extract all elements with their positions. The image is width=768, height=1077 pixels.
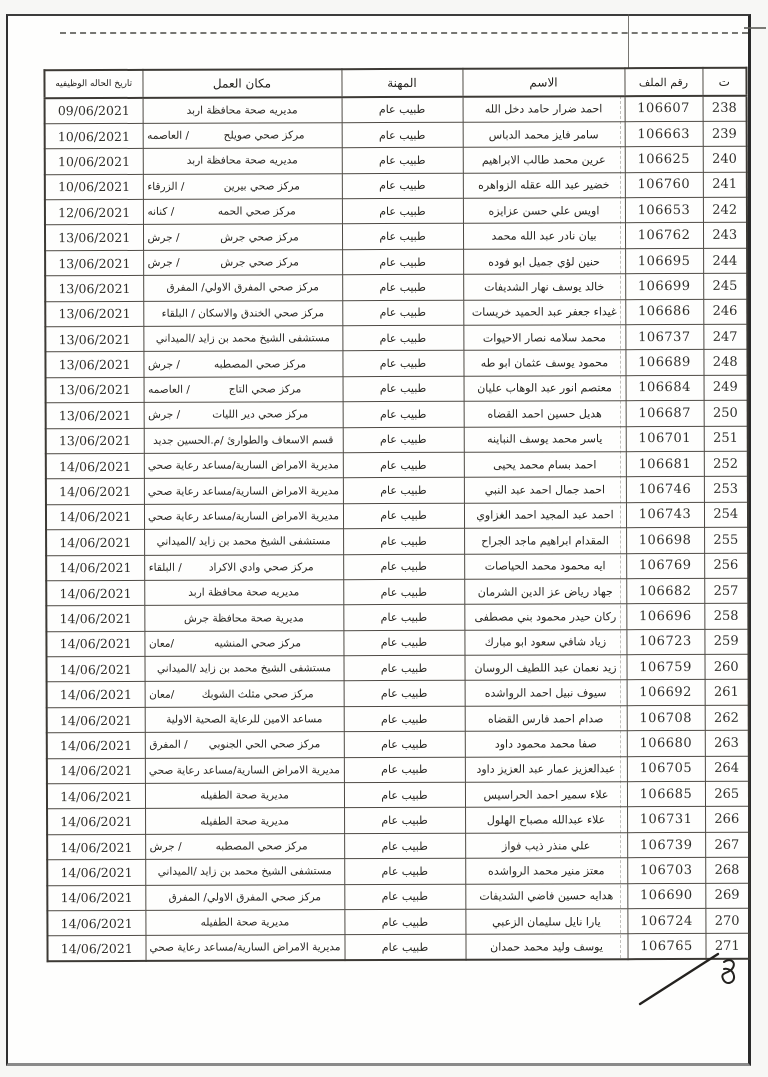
cell-name: صدام احمد فارس القضاه	[465, 706, 627, 732]
cell-workplace: مديرية صحة محافظة جرش	[144, 605, 343, 631]
cell-profession: طبيب عام	[343, 655, 464, 681]
cell-index: 252	[704, 451, 748, 477]
cell-status-date: 14/06/2021	[47, 860, 145, 886]
cell-status-date: 14/06/2021	[46, 555, 144, 581]
cell-profession: طبيب عام	[343, 452, 464, 478]
cell-status-date: 09/06/2021	[45, 98, 143, 124]
table-row: 253106746احمد جمال احمد عبد النبيطبيب عا…	[46, 477, 748, 505]
cell-profession: طبيب عام	[344, 732, 465, 758]
cell-workplace: مركز صحي دير الليات/ جرش	[144, 402, 343, 428]
cell-file-number: 106703	[627, 858, 705, 884]
cell-file-number: 106692	[627, 680, 705, 706]
workplace-main: مركز صحي المفرق الاولي/ المفرق	[148, 891, 342, 904]
workplace-main: مركز صحي دير الليات	[180, 409, 340, 422]
cell-status-date: 14/06/2021	[46, 631, 144, 657]
cell-workplace: مديرية الامراض السارية/مساعد رعاية صحي	[144, 478, 343, 504]
cell-index: 244	[703, 248, 747, 274]
cell-file-number: 106769	[626, 553, 704, 579]
cell-index: 259	[704, 629, 748, 655]
cell-profession: طبيب عام	[343, 528, 464, 554]
table-row: 241106760خضير عبد الله عقله الزواهرهطبيب…	[45, 172, 747, 200]
cell-workplace: مديرية الامراض السارية/مساعد رعاية صحي	[145, 935, 344, 961]
workplace-main: مديرية صحة الطفيله	[147, 789, 341, 802]
cell-status-date: 13/06/2021	[45, 326, 143, 352]
cell-workplace: مستشفى الشيخ محمد بن زايد /الميداني	[144, 529, 343, 555]
cell-index: 263	[705, 731, 749, 757]
workplace-governorate: / جرش	[148, 841, 182, 853]
cell-index: 248	[703, 350, 747, 376]
table-row: 239106663سامر فايز محمد الدباسطبيب عاممر…	[45, 121, 747, 149]
scanned-document-page: { "document": { "kind": "scanned-roster-…	[0, 0, 768, 1077]
cell-name: حنين لؤي جميل ابو فوده	[463, 249, 625, 275]
cell-profession: طبيب عام	[344, 909, 465, 935]
cell-profession: طبيب عام	[344, 782, 465, 808]
table-row: 261106692سيوف نبيل احمد الرواشدهطبيب عام…	[47, 680, 749, 708]
workplace-governorate: / العاصمه	[145, 130, 189, 142]
cell-workplace: مركز صحي صويلح/ العاصمه	[143, 123, 342, 149]
cell-workplace: مركز صحي جرش/ جرش	[143, 224, 342, 250]
table-row: 268106703معتز منير محمد الرواشدهطبيب عام…	[47, 857, 749, 885]
workplace-main: مركز صحي الحمه	[174, 205, 339, 218]
cell-name: يوسف وليد محمد حمدان	[465, 934, 627, 960]
cell-index: 249	[704, 375, 748, 401]
cell-file-number: 106684	[626, 375, 704, 401]
workplace-main: مركز صحي المصطبه	[182, 840, 342, 853]
cell-status-date: 14/06/2021	[46, 606, 144, 632]
cell-status-date: 13/06/2021	[45, 225, 143, 251]
cell-name: احمد بسام محمد يحيى	[464, 452, 626, 478]
workplace-main: مستشفى الشيخ محمد بن زايد /الميداني	[147, 536, 341, 549]
workplace-main: مديرية الامراض السارية/مساعد رعاية صحي	[148, 942, 342, 955]
workplace-governorate: / البلقاء	[147, 561, 182, 573]
cell-index: 238	[703, 96, 747, 122]
cell-name: غيداء جعفر عبد الحميد خريسات	[463, 299, 625, 325]
cell-name: احمد جمال احمد عبد النبي	[464, 477, 626, 503]
cell-profession: طبيب عام	[342, 325, 463, 351]
cell-file-number: 106746	[626, 477, 704, 503]
cell-status-date: 14/06/2021	[47, 834, 145, 860]
cell-profession: طبيب عام	[342, 275, 463, 301]
cell-name: محمد سلامه نصار الاحيوات	[463, 325, 625, 351]
workplace-main: مركز صحي المفرق الاولي/ المفرق	[146, 282, 340, 295]
cell-status-date: 14/06/2021	[46, 656, 144, 682]
cell-status-date: 13/06/2021	[46, 377, 144, 403]
workplace-main: مركز صحي وادي الاكراد	[182, 561, 341, 574]
cell-index: 258	[704, 604, 748, 630]
cell-status-date: 13/06/2021	[45, 250, 143, 276]
cell-index: 240	[703, 147, 747, 173]
workplace-main: مديرية الامراض السارية/مساعد رعاية صحي	[146, 485, 340, 498]
cell-workplace: مركز صحي المفرق الاولي/ المفرق	[145, 884, 344, 910]
cell-profession: طبيب عام	[342, 148, 463, 174]
table-row: 269106690هدايه حسين فاضي الشديفاتطبيب عا…	[47, 883, 749, 911]
cell-workplace: مستشفى الشيخ محمد بن زايد /الميداني	[143, 326, 342, 352]
table-row: 243106762بيان نادر عبد الله محمدطبيب عام…	[45, 223, 747, 251]
cell-workplace: مساعد الامين للرعاية الصحية الاولية	[145, 707, 344, 733]
table-row: 256106769ايه محمود محمد الحياصاتطبيب عام…	[46, 553, 748, 581]
cell-index: 261	[705, 680, 749, 706]
table-row: 264106705عبدالعزيز عمار عبد العزيز داودط…	[47, 756, 749, 784]
cell-index: 262	[705, 705, 749, 731]
cell-status-date: 12/06/2021	[45, 199, 143, 225]
header-row: ت رقم الملف الاسم المهنة مكان العمل تاري…	[44, 68, 746, 98]
cell-name: ياسر محمد يوسف النباينه	[464, 426, 626, 452]
table-row: 238106607احمد ضرار حامد دخل اللهطبيب عام…	[45, 96, 747, 124]
cell-profession: طبيب عام	[343, 579, 464, 605]
cell-file-number: 106698	[626, 528, 704, 554]
cell-file-number: 106743	[626, 502, 704, 528]
cell-file-number: 106737	[625, 324, 703, 350]
workplace-main: مركز صحي الحي الجنوبي	[188, 739, 342, 752]
workplace-main: مستشفى الشيخ محمد بن زايد /الميداني	[146, 332, 340, 345]
cell-file-number: 106686	[625, 299, 703, 325]
cell-profession: طبيب عام	[342, 198, 463, 224]
table-row: 262106708صدام احمد فارس القضاهطبيب عاممس…	[47, 705, 749, 733]
header-profession: المهنة	[341, 69, 462, 97]
cell-name: اويس علي حسن عزايزه	[463, 198, 625, 224]
table-row: 247106737محمد سلامه نصار الاحيواتطبيب عا…	[45, 324, 747, 352]
workplace-governorate: / العاصمه	[146, 384, 190, 396]
table-row: 265106685علاء سمير احمد الحراسيسطبيب عام…	[47, 781, 749, 809]
cell-index: 270	[705, 908, 749, 934]
cell-file-number: 106663	[625, 121, 703, 147]
cell-index: 243	[703, 223, 747, 249]
cell-name: يارا نايل سليمان الزعبي	[465, 909, 627, 935]
cell-file-number: 106689	[625, 350, 703, 376]
cell-profession: طبيب عام	[344, 884, 465, 910]
cell-name: سيوف نبيل احمد الرواشده	[465, 680, 627, 706]
cell-workplace: مركز صحي مثلث الشوبك/معان	[145, 681, 344, 707]
cell-name: عبدالعزيز عمار عبد العزيز داود	[465, 756, 627, 782]
cell-workplace: مديرية الامراض السارية/مساعد رعاية صحي	[144, 503, 343, 529]
cell-file-number: 106760	[625, 172, 703, 198]
table-row: 267106739علي منذر ذيب فوازطبيب عاممركز ص…	[47, 832, 749, 860]
cell-name: علي منذر ذيب فواز	[465, 833, 627, 859]
cell-profession: طبيب عام	[342, 173, 463, 199]
handwritten-pen-mark	[632, 938, 762, 1018]
cell-file-number: 106681	[626, 451, 704, 477]
cell-workplace: مركز صحي المصطبه/ جرش	[143, 351, 342, 377]
cell-profession: طبيب عام	[343, 630, 464, 656]
scan-corner-mark	[744, 27, 766, 29]
cell-workplace: مركز صحي المفرق الاولي/ المفرق	[143, 275, 342, 301]
cell-profession: طبيب عام	[344, 935, 465, 961]
cell-status-date: 13/06/2021	[46, 428, 144, 454]
cell-file-number: 106625	[625, 147, 703, 173]
cell-file-number: 106695	[625, 248, 703, 274]
cell-index: 245	[703, 274, 747, 300]
cell-status-date: 14/06/2021	[47, 682, 145, 708]
cell-profession: طبيب عام	[342, 97, 463, 123]
cell-name: خضير عبد الله عقله الزواهره	[463, 172, 625, 198]
cell-name: هديل حسين احمد القضاه	[464, 401, 626, 427]
cell-status-date: 13/06/2021	[45, 352, 143, 378]
cell-workplace: مركز صحي بيرين/ الزرقاء	[143, 173, 342, 199]
workplace-main: مركز صحي المصطبه	[180, 358, 340, 371]
cell-workplace: مركز صحي جرش/ جرش	[143, 250, 342, 276]
workplace-main: مستشفى الشيخ محمد بن زايد /الميداني	[147, 662, 341, 675]
workplace-governorate: / المفرق	[147, 739, 187, 751]
cell-index: 265	[705, 781, 749, 807]
cell-profession: طبيب عام	[343, 478, 464, 504]
cell-name: جهاد رياض عز الدين الشرمان	[464, 579, 626, 605]
workplace-main: مديرية الامراض السارية/مساعد رعاية صحي	[146, 510, 340, 523]
cell-status-date: 14/06/2021	[47, 809, 145, 835]
cell-name: بيان نادر عبد الله محمد	[463, 223, 625, 249]
cell-file-number: 106759	[626, 655, 704, 681]
table-row: 254106743احمد عبد المجيد احمد الغزاويطبي…	[46, 502, 748, 530]
cell-profession: طبيب عام	[343, 503, 464, 529]
cell-file-number: 106607	[625, 96, 703, 122]
cell-workplace: مديرية صحة الطفيله	[145, 783, 344, 809]
cell-index: 269	[705, 883, 749, 909]
cell-status-date: 13/06/2021	[46, 403, 144, 429]
cell-status-date: 14/06/2021	[46, 580, 144, 606]
table-row: 266106731علاء عبدالله مصباح الهلولطبيب ع…	[47, 807, 749, 835]
cell-name: احمد ضرار حامد دخل الله	[463, 96, 625, 122]
workplace-governorate: /معان	[147, 638, 174, 650]
cell-workplace: مركز صحي الحي الجنوبي/ المفرق	[145, 732, 344, 758]
cell-name: زيد نعمان عبد اللطيف الروسان	[464, 655, 626, 681]
cell-profession: طبيب عام	[343, 605, 464, 631]
cell-name: علاء سمير احمد الحراسيس	[465, 782, 627, 808]
cell-workplace: مديريه صحة محافظة اربد	[143, 148, 342, 174]
workplace-main: مركز صحي مثلث الشوبك	[174, 688, 341, 701]
cell-name: هدايه حسين فاضي الشديفات	[465, 883, 627, 909]
cell-name: ركان حيدر محمود بني مصطفى	[464, 604, 626, 630]
cell-profession: طبيب عام	[343, 554, 464, 580]
cell-file-number: 106687	[626, 401, 704, 427]
cell-index: 266	[705, 807, 749, 833]
table-row: 257106682جهاد رياض عز الدين الشرمانطبيب …	[46, 578, 748, 606]
cell-workplace: مركز صحي المصطبه/ جرش	[145, 834, 344, 860]
cell-profession: طبيب عام	[342, 249, 463, 275]
cell-status-date: 14/06/2021	[46, 530, 144, 556]
cell-workplace: مديريه صحة محافظة اربد	[143, 97, 342, 123]
cell-workplace: مديرية الامراض السارية/مساعد رعاية صحي	[144, 453, 343, 479]
header-workplace: مكان العمل	[142, 69, 341, 98]
workplace-governorate: / جرش	[146, 358, 180, 370]
cell-status-date: 10/06/2021	[45, 123, 143, 149]
workplace-main: مساعد الامين للرعاية الصحية الاولية	[147, 713, 341, 726]
employee-roster-table: ت رقم الملف الاسم المهنة مكان العمل تاري…	[43, 67, 750, 963]
cell-status-date: 14/06/2021	[47, 910, 145, 936]
cell-index: 257	[704, 578, 748, 604]
workplace-main: مركز صحي جرش	[180, 256, 340, 269]
cell-file-number: 106701	[626, 426, 704, 452]
cell-index: 255	[704, 527, 748, 553]
cell-profession: طبيب عام	[344, 808, 465, 834]
cell-name: زياد شافي سعود ابو مبارك	[464, 629, 626, 655]
workplace-main: مركز صحي التاج	[190, 383, 340, 396]
cell-name: محمود يوسف عثمان ابو طه	[463, 350, 625, 376]
cell-workplace: مركز صحي المنشيه/معان	[144, 630, 343, 656]
header-index: ت	[702, 68, 746, 96]
workplace-governorate: / جرش	[146, 231, 180, 243]
cell-file-number: 106723	[626, 629, 704, 655]
workplace-main: مستشفى الشيخ محمد بن زايد /الميداني	[148, 866, 342, 879]
cell-profession: طبيب عام	[342, 300, 463, 326]
scan-fold-line-horizontal	[60, 32, 748, 34]
cell-file-number: 106699	[625, 274, 703, 300]
cell-workplace: مستشفى الشيخ محمد بن زايد /الميداني	[145, 859, 344, 885]
table-row: 260106759زيد نعمان عبد اللطيف الروسانطبي…	[46, 654, 748, 682]
cell-name: عرين محمد طالب الابراهيم	[463, 147, 625, 173]
table-row: 259106723زياد شافي سعود ابو مباركطبيب عا…	[46, 629, 748, 657]
table-row: 242106653اويس علي حسن عزايزهطبيب عاممركز…	[45, 197, 747, 225]
cell-status-date: 14/06/2021	[47, 733, 145, 759]
cell-name: ايه محمود محمد الحياصات	[464, 553, 626, 579]
workplace-main: مديرية صحة الطفيله	[148, 815, 342, 828]
table-row: 240106625عرين محمد طالب الابراهيمطبيب عا…	[45, 147, 747, 175]
cell-name: المقدام ابراهيم ماجد الجراح	[464, 528, 626, 554]
cell-index: 251	[704, 426, 748, 452]
workplace-main: مركز صحي جرش	[179, 231, 339, 244]
table-row: 249106684معتصم انور عبد الوهاب عليانطبيب…	[46, 375, 748, 403]
cell-name: علاء عبدالله مصباح الهلول	[465, 807, 627, 833]
cell-profession: طبيب عام	[343, 401, 464, 427]
workplace-governorate: / جرش	[146, 257, 180, 269]
cell-status-date: 14/06/2021	[47, 707, 145, 733]
table-row: 258106696ركان حيدر محمود بني مصطفىطبيب ع…	[46, 604, 748, 632]
cell-file-number: 106708	[627, 705, 705, 731]
cell-index: 239	[703, 121, 747, 147]
table-row: 250106687هديل حسين احمد القضاهطبيب عاممر…	[46, 400, 748, 428]
workplace-main: مركز صحي صويلح	[189, 129, 339, 142]
cell-workplace: قسم الاسعاف والطوارئ /م.الحسين جديد	[144, 427, 343, 453]
cell-file-number: 106690	[627, 883, 705, 909]
cell-status-date: 13/06/2021	[45, 276, 143, 302]
cell-profession: طبيب عام	[344, 681, 465, 707]
cell-file-number: 106682	[626, 578, 704, 604]
cell-file-number: 106739	[627, 832, 705, 858]
cell-index: 253	[704, 477, 748, 503]
cell-status-date: 14/06/2021	[47, 758, 145, 784]
workplace-governorate: /معان	[147, 688, 174, 700]
cell-name: خالد يوسف نهار الشديفات	[463, 274, 625, 300]
cell-profession: طبيب عام	[343, 427, 464, 453]
cell-workplace: مركز صحي وادي الاكراد/ البلقاء	[144, 554, 343, 580]
cell-index: 260	[704, 654, 748, 680]
workplace-governorate: / جرش	[146, 409, 180, 421]
table-row: 246106686غيداء جعفر عبد الحميد خريساتطبي…	[45, 299, 747, 327]
table-row: 251106701ياسر محمد يوسف النباينهطبيب عام…	[46, 426, 748, 454]
cell-file-number: 106731	[627, 807, 705, 833]
cell-profession: طبيب عام	[344, 706, 465, 732]
cell-profession: طبيب عام	[342, 122, 463, 148]
workplace-main: مركز صحي المنشيه	[174, 637, 341, 650]
cell-file-number: 106696	[626, 604, 704, 630]
table-row: 244106695حنين لؤي جميل ابو فودهطبيب عامم…	[45, 248, 747, 276]
cell-profession: طبيب عام	[344, 858, 465, 884]
workplace-main: مركز صحي بيرين	[184, 180, 339, 193]
cell-profession: طبيب عام	[343, 376, 464, 402]
cell-profession: طبيب عام	[342, 351, 463, 377]
cell-index: 256	[704, 553, 748, 579]
cell-index: 242	[703, 197, 747, 223]
cell-index: 267	[705, 832, 749, 858]
cell-workplace: مستشفى الشيخ محمد بن زايد /الميداني	[144, 656, 343, 682]
cell-status-date: 14/06/2021	[46, 479, 144, 505]
cell-status-date: 10/06/2021	[45, 149, 143, 175]
cell-name: احمد عبد المجيد احمد الغزاوي	[464, 502, 626, 528]
cell-status-date: 14/06/2021	[46, 504, 144, 530]
cell-index: 247	[703, 324, 747, 350]
cell-index: 254	[704, 502, 748, 528]
cell-status-date: 14/06/2021	[47, 885, 145, 911]
workplace-main: مديريه صحة محافظة اربد	[147, 586, 341, 599]
table-row: 255106698المقدام ابراهيم ماجد الجراحطبيب…	[46, 527, 748, 555]
table-row: 248106689محمود يوسف عثمان ابو طهطبيب عام…	[45, 350, 747, 378]
cell-workplace: مركز صحي الخندق والاسكان / البلقاء	[143, 300, 342, 326]
cell-file-number: 106705	[627, 756, 705, 782]
cell-file-number: 106680	[627, 731, 705, 757]
cell-index: 268	[705, 857, 749, 883]
cell-file-number: 106685	[627, 781, 705, 807]
workplace-main: مديرية الامراض السارية/مساعد رعاية صحي	[147, 764, 341, 777]
table-row: 252106681احمد بسام محمد يحيىطبيب عاممدير…	[46, 451, 748, 479]
workplace-main: مديرية صحة محافظة جرش	[147, 612, 341, 625]
cell-index: 250	[704, 400, 748, 426]
workplace-main: قسم الاسعاف والطوارئ /م.الحسين جديد	[146, 434, 340, 447]
cell-workplace: مديرية صحة الطفيله	[145, 910, 344, 936]
workplace-governorate: / الزرقاء	[145, 181, 184, 193]
cell-workplace: مديريه صحة محافظة اربد	[144, 580, 343, 606]
cell-file-number: 106653	[625, 197, 703, 223]
workplace-main: مديريه صحة محافظة اربد	[145, 104, 339, 117]
cell-status-date: 13/06/2021	[45, 301, 143, 327]
cell-file-number: 106724	[627, 908, 705, 934]
table-row: 245106699خالد يوسف نهار الشديفاتطبيب عام…	[45, 274, 747, 302]
cell-profession: طبيب عام	[344, 833, 465, 859]
cell-status-date: 14/06/2021	[47, 783, 145, 809]
cell-workplace: مديرية الامراض السارية/مساعد رعاية صحي	[145, 757, 344, 783]
table-row: 270106724يارا نايل سليمان الزعبيطبيب عام…	[47, 908, 749, 936]
cell-workplace: مركز صحي الحمه/ كنانه	[143, 199, 342, 225]
cell-profession: طبيب عام	[344, 757, 465, 783]
cell-index: 264	[705, 756, 749, 782]
header-status-date: تاريخ الحاله الوظيفيه	[44, 70, 142, 98]
cell-index: 241	[703, 172, 747, 198]
cell-status-date: 14/06/2021	[46, 453, 144, 479]
header-file-number: رقم الملف	[624, 68, 702, 96]
cell-index: 246	[703, 299, 747, 325]
cell-workplace: مركز صحي التاج/ العاصمه	[144, 376, 343, 402]
cell-name: صفا محمد محمود داود	[465, 731, 627, 757]
header-name: الاسم	[462, 68, 624, 97]
table-row: 263106680صفا محمد محمود داودطبيب عاممركز…	[47, 731, 749, 759]
cell-name: معتز منير محمد الرواشده	[465, 858, 627, 884]
cell-name: سامر فايز محمد الدباس	[463, 122, 625, 148]
workplace-main: مديرية صحة الطفيله	[148, 916, 342, 929]
workplace-governorate: / كنانه	[145, 206, 174, 218]
cell-status-date: 14/06/2021	[47, 936, 145, 962]
cell-file-number: 106762	[625, 223, 703, 249]
workplace-main: مديرية الامراض السارية/مساعد رعاية صحي	[146, 459, 340, 472]
cell-workplace: مديرية صحة الطفيله	[145, 808, 344, 834]
cell-profession: طبيب عام	[342, 224, 463, 250]
scan-fold-line-vertical	[628, 14, 629, 69]
workplace-main: مديريه صحة محافظة اربد	[145, 155, 339, 168]
cell-name: معتصم انور عبد الوهاب عليان	[464, 375, 626, 401]
cell-status-date: 10/06/2021	[45, 174, 143, 200]
workplace-main: مركز صحي الخندق والاسكان / البلقاء	[146, 307, 340, 320]
